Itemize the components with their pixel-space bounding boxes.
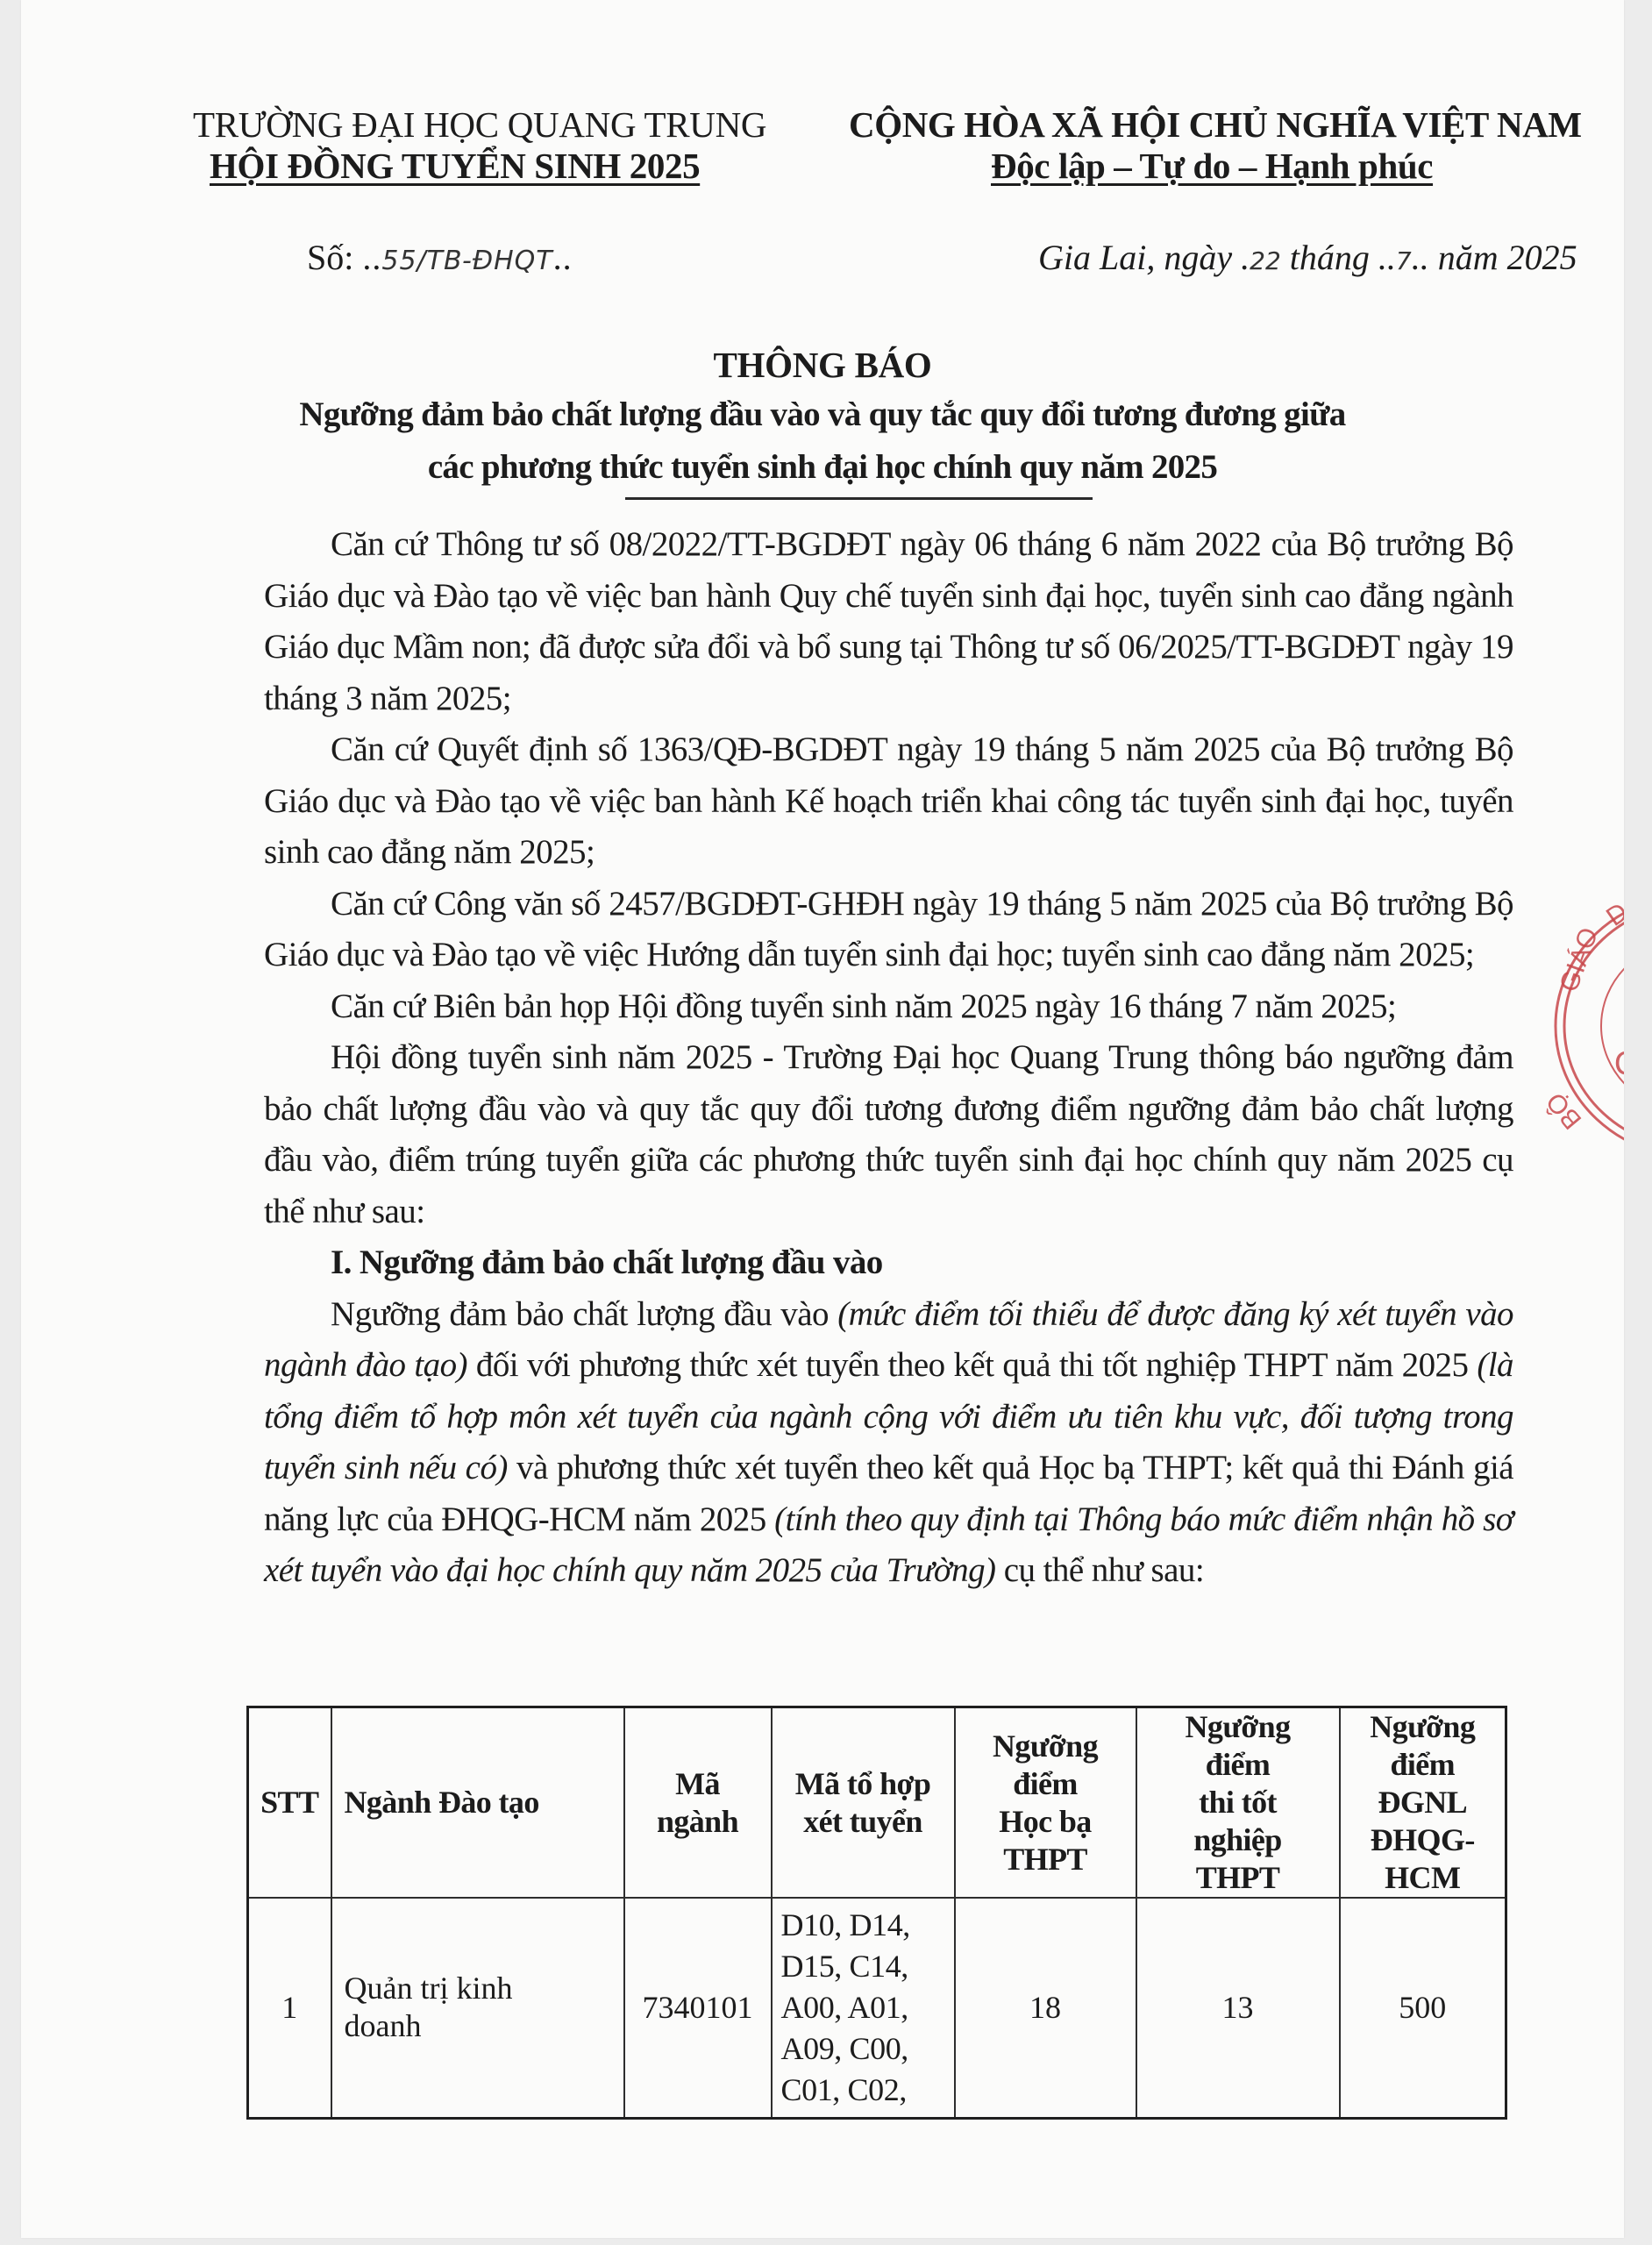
threshold-table: STTNgành Đào tạoMãngànhMã tổ hợpxét tuyể… (246, 1706, 1507, 2120)
date-month-label: tháng (1290, 238, 1370, 277)
document-number-label: Số: (307, 238, 353, 277)
cell-hocba-threshold: 18 (955, 1898, 1136, 2118)
date-prefix: Gia Lai, ngày (1038, 238, 1232, 277)
cell-stt: 1 (248, 1898, 331, 2118)
header-col-dgnl-threshold: NgưỡngđiểmĐGNLĐHQG-HCM (1340, 1707, 1506, 1899)
header-col-stt: STT (248, 1707, 331, 1899)
text-run: Ngưỡng đảm bảo chất lượng đầu vào (331, 1295, 837, 1333)
national-title: CỘNG HÒA XÃ HỘI CHỦ NGHĨA VIỆT NAM (849, 103, 1582, 146)
text-run: cụ thể như sau: (996, 1551, 1205, 1589)
svg-text:QUA: QUA (1614, 1045, 1624, 1082)
document-subtitle-line1: Ngưỡng đảm bảo chất lượng đầu vào và quy… (21, 395, 1624, 434)
header-col-combos: Mã tổ hợpxét tuyển (772, 1707, 955, 1899)
svg-text:GIÁO: GIÁO (1555, 924, 1605, 996)
admissions-council-name: HỘI ĐỒNG TUYỂN SINH 2025 (210, 145, 700, 187)
date-day-handwritten: 22 (1250, 246, 1281, 275)
announcement-paragraph: Hội đồng tuyển sinh năm 2025 - Trường Đạ… (264, 1032, 1513, 1237)
legal-basis-paragraph: Căn cứ Công văn số 2457/BGDĐT-GHĐH ngày … (264, 879, 1513, 981)
national-motto: Độc lập – Tự do – Hạnh phúc (991, 145, 1433, 187)
section-1-paragraph: Ngưỡng đảm bảo chất lượng đầu vào (mức đ… (264, 1289, 1513, 1597)
title-divider (625, 497, 1093, 500)
document-number: Số: ..55/TB-ĐHQT.. (307, 237, 573, 278)
document-date: Gia Lai, ngày .22 tháng ..7.. năm 2025 (1038, 237, 1577, 278)
cell-major-code: 7340101 (624, 1898, 772, 2118)
cell-thpt-threshold: 13 (1136, 1898, 1340, 2118)
table-header-row: STTNgành Đào tạoMãngànhMã tổ hợpxét tuyể… (248, 1707, 1506, 1899)
legal-basis-paragraph: Căn cứ Biên bản họp Hội đồng tuyển sinh … (264, 981, 1513, 1033)
document-subtitle-line2: các phương thức tuyển sinh đại học chính… (21, 447, 1624, 487)
cell-dgnl-threshold: 500 (1340, 1898, 1506, 2118)
cell-major: Quản trị kinhdoanh (331, 1898, 624, 2118)
document-title: THÔNG BÁO (21, 344, 1624, 386)
text-run: đối với phương thức xét tuyển theo kết q… (467, 1346, 1477, 1384)
svg-text:BỘ: BỘ (1542, 1087, 1587, 1135)
header-col-major-code: Mãngành (624, 1707, 772, 1899)
legal-basis-paragraph: Căn cứ Thông tư số 08/2022/TT-BGDĐT ngày… (264, 519, 1513, 724)
header-col-major: Ngành Đào tạo (331, 1707, 624, 1899)
section-1-heading: I. Ngưỡng đảm bảo chất lượng đầu vào (264, 1237, 1513, 1289)
university-name: TRƯỜNG ĐẠI HỌC QUANG TRUNG (193, 103, 766, 146)
header-col-hocba-threshold: NgưỡngđiểmHọc bạTHPT (955, 1707, 1136, 1899)
document-page: TRƯỜNG ĐẠI HỌC QUANG TRUNG HỘI ĐỒNG TUYỂ… (21, 0, 1624, 2238)
table-row: 1Quản trị kinhdoanh7340101D10, D14,D15, … (248, 1898, 1506, 2118)
date-year: năm 2025 (1438, 238, 1577, 277)
legal-basis-paragraph: Căn cứ Quyết định số 1363/QĐ-BGDĐT ngày … (264, 724, 1513, 879)
official-seal-stamp: D GIÁO BỘ T Đ QUA (1542, 890, 1624, 1162)
document-number-handwritten: 55/TB-ĐHQT (381, 246, 552, 276)
header-col-thpt-threshold: Ngưỡngđiểmthi tốtnghiệpTHPT (1136, 1707, 1340, 1899)
date-month-handwritten: 7 (1396, 246, 1412, 275)
document-body: Căn cứ Thông tư số 08/2022/TT-BGDĐT ngày… (264, 519, 1513, 1597)
cell-combos: D10, D14,D15, C14,A00, A01,A09, C00,C01,… (772, 1898, 955, 2118)
